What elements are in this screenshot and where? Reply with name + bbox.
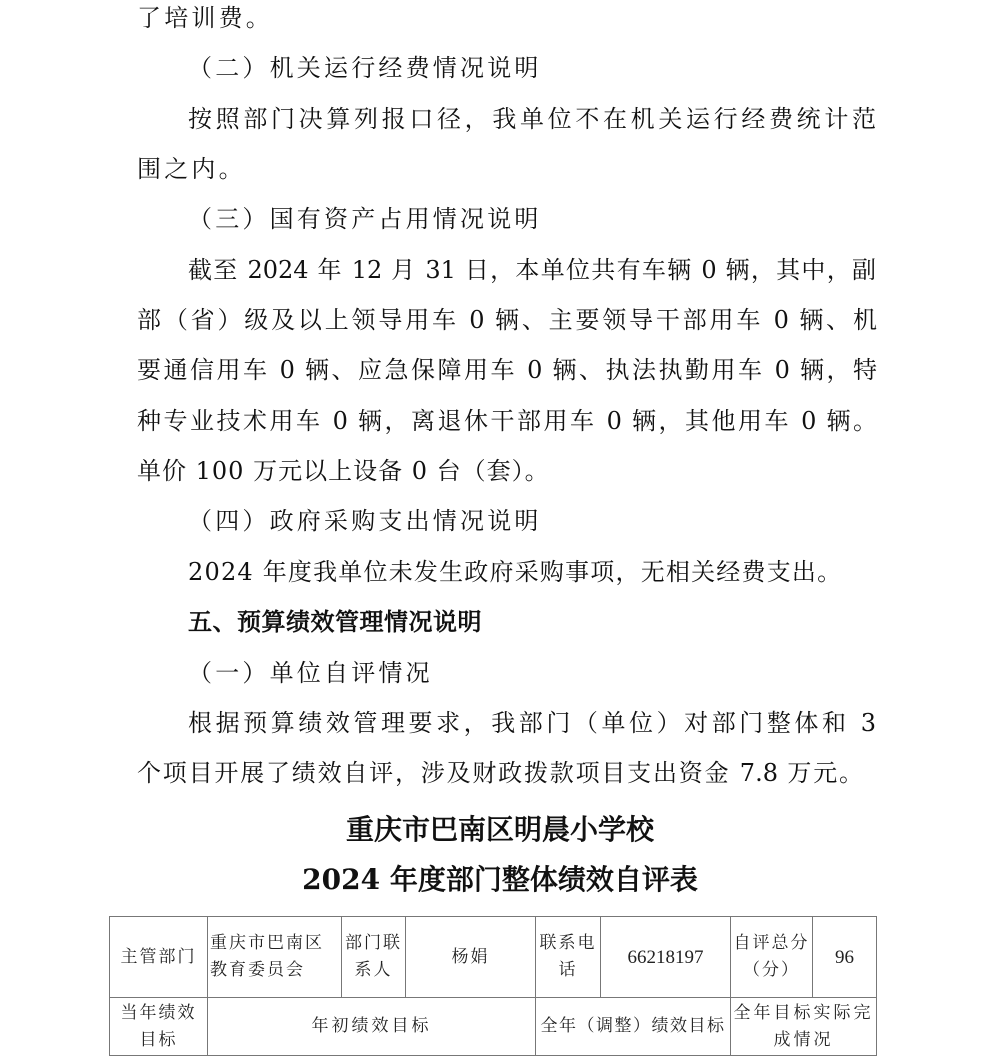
- supervisor-value-cell: 重庆市巴南区教育委员会: [208, 917, 342, 998]
- body-text-line: 单价 100 万元以上设备 0 台（套）。: [137, 455, 550, 487]
- subsection-heading: （一）单位自评情况: [188, 657, 433, 689]
- actual-completion-header-cell: 全年目标实际完成情况: [731, 998, 877, 1056]
- table-title: 重庆市巴南区明晨小学校: [0, 812, 1000, 848]
- table-row: 当年绩效目标 年初绩效目标 全年（调整）绩效目标 全年目标实际完成情况: [110, 998, 877, 1056]
- body-text-line: 个项目开展了绩效自评，涉及财政拨款项目支出资金 7.8 万元。: [137, 757, 863, 789]
- subsection-heading: （三）国有资产占用情况说明: [188, 203, 542, 235]
- body-text-line: 部（省）级及以上领导用车 0 辆、主要领导干部用车 0 辆、机: [137, 304, 877, 336]
- score-label-cell: 自评总分（分）: [731, 917, 813, 998]
- table-subtitle: 2024 年度部门整体绩效自评表: [0, 862, 1000, 898]
- phone-value-cell: 66218197: [601, 917, 731, 998]
- adjusted-goal-header-cell: 全年（调整）绩效目标: [536, 998, 731, 1056]
- goal-label-cell: 当年绩效目标: [110, 998, 208, 1056]
- phone-label-cell: 联系电话: [536, 917, 601, 998]
- body-text-line: 围之内。: [137, 153, 246, 185]
- performance-evaluation-table: 主管部门 重庆市巴南区教育委员会 部门联系人 杨娟 联系电话 66218197 …: [109, 916, 877, 1056]
- contact-value-cell: 杨娟: [406, 917, 536, 998]
- score-value-cell: 96: [813, 917, 877, 998]
- table-row: 主管部门 重庆市巴南区教育委员会 部门联系人 杨娟 联系电话 66218197 …: [110, 917, 877, 998]
- body-text-line: 根据预算绩效管理要求，我部门（单位）对部门整体和 3: [188, 707, 876, 739]
- body-text-line: 了培训费。: [137, 2, 273, 34]
- subsection-heading: （二）机关运行经费情况说明: [188, 52, 542, 84]
- body-text-line: 2024 年度我单位未发生政府采购事项，无相关经费支出。: [188, 556, 842, 588]
- section-heading: 五、预算绩效管理情况说明: [188, 606, 482, 638]
- contact-label-cell: 部门联系人: [342, 917, 406, 998]
- initial-goal-header-cell: 年初绩效目标: [208, 998, 536, 1056]
- body-text-line: 截至 2024 年 12 月 31 日，本单位共有车辆 0 辆，其中，副: [188, 254, 876, 286]
- body-text-line: 按照部门决算列报口径，我单位不在机关运行经费统计范: [188, 103, 876, 135]
- body-text-line: 要通信用车 0 辆、应急保障用车 0 辆、执法执勤用车 0 辆，特: [137, 354, 877, 386]
- subsection-heading: （四）政府采购支出情况说明: [188, 505, 542, 537]
- body-text-line: 种专业技术用车 0 辆，离退休干部用车 0 辆，其他用车 0 辆。: [137, 405, 877, 437]
- supervisor-label-cell: 主管部门: [110, 917, 208, 998]
